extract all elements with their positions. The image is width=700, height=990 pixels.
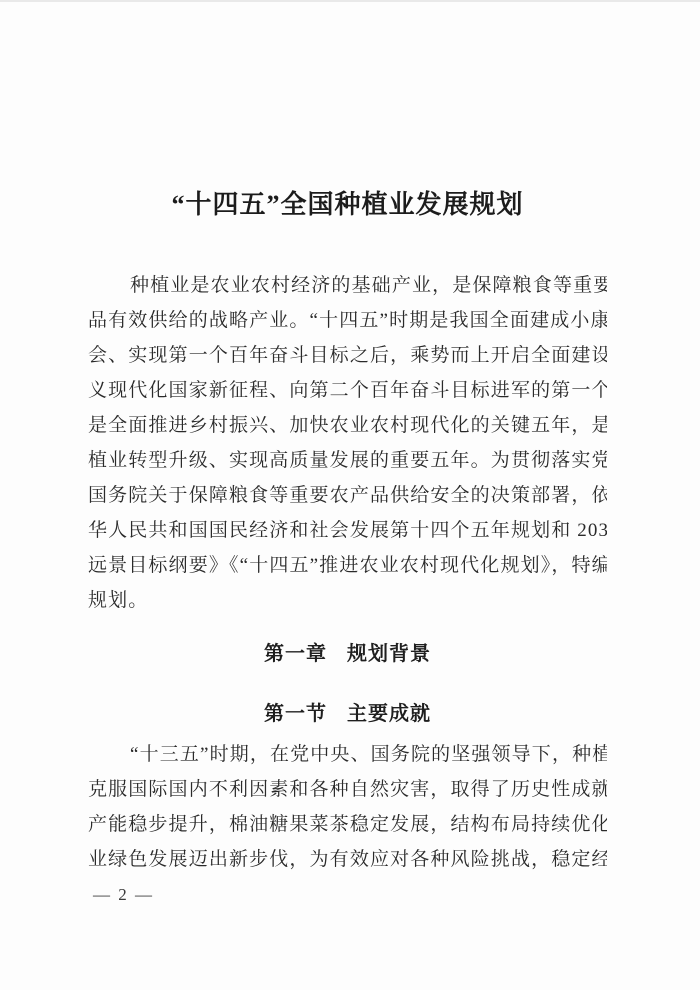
paragraph-line: 义现代化国家新征程、向第二个百年奋斗目标进军的第一个五年， [88, 373, 607, 408]
paragraph-line: 华人民共和国国民经济和社会发展第十四个五年规划和 2035 年 [88, 513, 607, 548]
paragraph-achievements: “十三五”时期，在党中央、国务院的坚强领导下，种植业发展 克服国际国内不利因素和… [88, 737, 607, 877]
paragraph-line: 国务院关于保障粮食等重要农产品供给安全的决策部署，依据《中 [88, 478, 607, 513]
page-number: — 2 — [88, 885, 607, 905]
paragraph-intro: 种植业是农业农村经济的基础产业，是保障粮食等重要农产 品有效供给的战略产业。“十… [88, 268, 607, 618]
paragraph-line: 植业转型升级、实现高质量发展的重要五年。为贯彻落实党中央、 [88, 443, 607, 478]
paragraph-line: 产能稳步提升，棉油糖果菜茶稳定发展，结构布局持续优化，种植 [88, 807, 607, 842]
section-title: 主要成就 [347, 697, 431, 732]
section-number: 第一节 [264, 697, 327, 732]
paragraph-line: 是全面推进乡村振兴、加快农业农村现代化的关键五年，是促进种 [88, 408, 607, 443]
document-page: “十四五”全国种植业发展规划 种植业是农业农村经济的基础产业，是保障粮食等重要农… [0, 0, 700, 990]
chapter-number: 第一章 [264, 637, 327, 672]
paragraph-line: 远景目标纲要》《“十四五”推进农业农村现代化规划》，特编制本 [88, 548, 607, 583]
paragraph-line: 克服国际国内不利因素和各种自然灾害，取得了历史性成就，粮食 [88, 772, 607, 807]
paragraph-line: “十三五”时期，在党中央、国务院的坚强领导下，种植业发展 [88, 737, 607, 772]
paragraph-line: 会、实现第一个百年奋斗目标之后，乘势而上开启全面建设社会主 [88, 338, 607, 373]
paragraph-line: 规划。 [88, 583, 607, 618]
section-heading: 第一节 主要成就 [88, 697, 607, 732]
page-content: “十四五”全国种植业发展规划 种植业是农业农村经济的基础产业，是保障粮食等重要农… [88, 0, 607, 905]
document-title: “十四五”全国种植业发展规划 [88, 185, 607, 225]
paragraph-line: 品有效供给的战略产业。“十四五”时期是我国全面建成小康社 [88, 303, 607, 338]
paragraph-line: 种植业是农业农村经济的基础产业，是保障粮食等重要农产 [88, 268, 607, 303]
chapter-title: 规划背景 [347, 637, 431, 672]
paragraph-line: 业绿色发展迈出新步伐，为有效应对各种风险挑战，稳定经济社会 [88, 842, 607, 877]
chapter-heading: 第一章 规划背景 [88, 637, 607, 672]
